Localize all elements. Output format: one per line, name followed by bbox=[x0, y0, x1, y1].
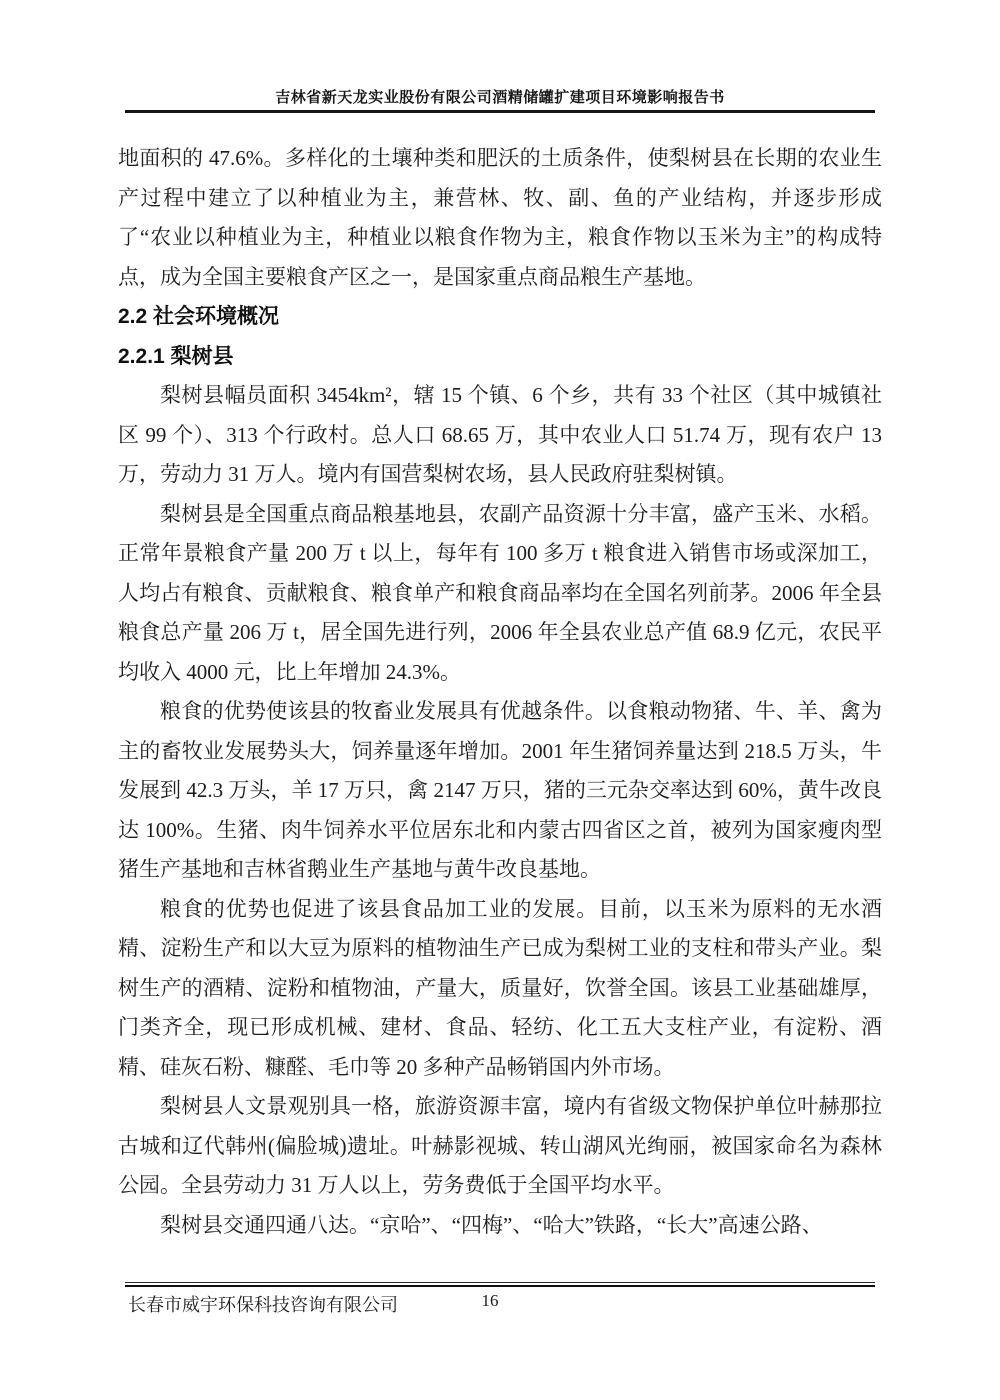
paragraph-grain-base: 梨树县是全国重点商品粮基地县，农副产品资源十分丰富，盛产玉米、水稻。正常年景粮食… bbox=[118, 495, 882, 693]
header-rule bbox=[125, 110, 875, 113]
footer-page-number: 16 bbox=[0, 1291, 980, 1311]
paragraph-food-industry: 粮食的优势也促进了该县食品加工业的发展。目前，以玉米为原料的无水酒精、淀粉生产和… bbox=[118, 890, 882, 1088]
document-page: 吉林省新天龙实业股份有限公司酒精储罐扩建项目环境影响报告书 地面积的 47.6%… bbox=[0, 0, 1000, 1400]
paragraph-transportation: 梨树县交通四通八达。“京哈”、“四梅”、“哈大”铁路，“长大”高速公路、 bbox=[118, 1206, 882, 1246]
section-heading-2-2: 2.2 社会环境概况 bbox=[118, 297, 882, 337]
paragraph-county-overview: 梨树县幅员面积 3454km²，辖 15 个镇、6 个乡，共有 33 个社区（其… bbox=[118, 376, 882, 495]
paragraph-continued: 地面积的 47.6%。多样化的土壤种类和肥沃的土质条件，使梨树县在长期的农业生产… bbox=[118, 139, 882, 297]
paragraph-tourism-labor: 梨树县人文景观别具一格，旅游资源丰富，境内有省级文物保护单位叶赫那拉古城和辽代韩… bbox=[118, 1087, 882, 1206]
document-body: 地面积的 47.6%。多样化的土壤种类和肥沃的土质条件，使梨树县在长期的农业生产… bbox=[118, 139, 882, 1245]
paragraph-livestock: 粮食的优势使该县的牧畜业发展具有优越条件。以食粮动物猪、牛、羊、禽为主的畜牧业发… bbox=[118, 692, 882, 890]
running-header-title: 吉林省新天龙实业股份有限公司酒精储罐扩建项目环境影响报告书 bbox=[0, 86, 1000, 107]
section-heading-2-2-1: 2.2.1 梨树县 bbox=[118, 337, 882, 377]
footer-rule bbox=[125, 1282, 875, 1287]
